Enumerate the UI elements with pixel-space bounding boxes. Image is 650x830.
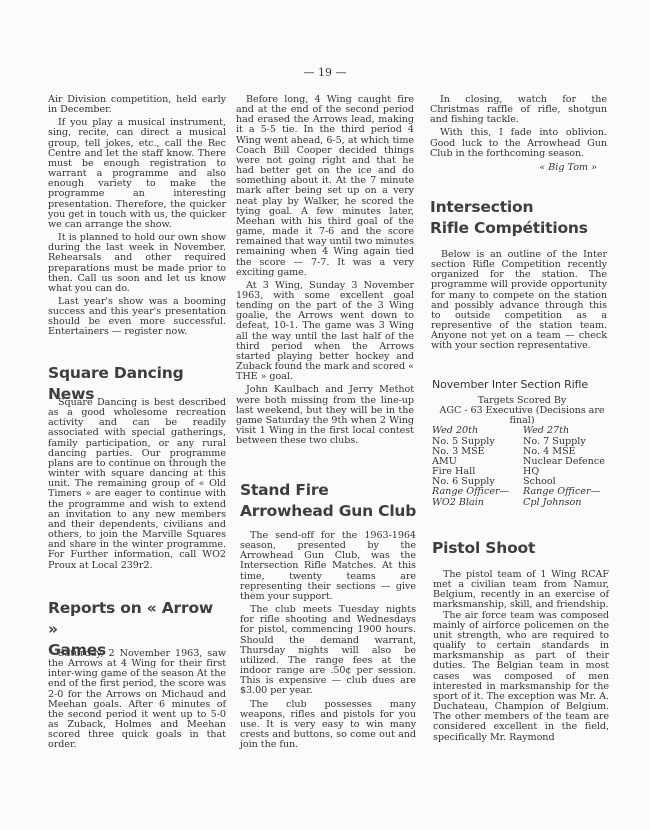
headline-gun-club-line2: Arrowhead Gun Club (240, 501, 420, 522)
headline-gun-club-line1: Stand Fire (240, 480, 420, 501)
paragraph: Below is an outline of the Inter section… (431, 250, 607, 352)
paragraph: Air Division competition, held early in … (48, 95, 226, 115)
paragraph: If you play a musical instrument, sing, … (48, 118, 226, 230)
headline-rifle-line2: Rifle Compétitions (430, 218, 610, 239)
schedule-column: Wed 20th No. 5 Supply No. 3 MSE AMU Fire… (432, 426, 521, 507)
scored-by-line2: AGC - 63 Executive (Decisions are final) (432, 406, 612, 426)
schedule-column: Wed 27th No. 7 Supply No. 4 MSE Nuclear … (521, 426, 612, 507)
range-officer: Cpl Johnson (523, 498, 612, 508)
arrow-games-body: Saturday, 2 November 1963, saw the Arrow… (48, 649, 226, 754)
paragraph: It is planned to hold our own show durin… (48, 233, 226, 294)
headline-pistol-shoot: Pistol Shoot (432, 538, 612, 559)
paragraph: In closing, watch for the Christmas raff… (430, 95, 607, 125)
page-number: — 19 — (0, 66, 650, 79)
headline-arrow-games-line1: Reports on « Arrow » (48, 598, 228, 640)
column-2-arrow-games-cont: Before long, 4 Wing caught fire and at t… (236, 95, 414, 449)
schedule-table: Wed 20th No. 5 Supply No. 3 MSE AMU Fire… (432, 426, 612, 507)
paragraph: The send-off for the 1963-1964 season, p… (240, 531, 416, 602)
paragraph: The club meets Tuesday nights for rifle … (240, 605, 416, 696)
paragraph: Square Dancing is best described as a go… (48, 398, 226, 571)
paragraph: The air force team was composed mainly o… (433, 611, 609, 743)
paragraph: At 3 Wing, Sunday 3 November 1963, with … (236, 281, 414, 383)
range-officer: WO2 Blain (432, 498, 521, 508)
rifle-schedule: November Inter Section Rifle Targets Sco… (432, 378, 612, 508)
article-pistol-shoot: Pistol Shoot (432, 538, 612, 559)
gun-club-body: The send-off for the 1963-1964 season, p… (240, 531, 416, 753)
column-3-gun-club-cont: In closing, watch for the Christmas raff… (430, 95, 607, 173)
paragraph: With this, I fade into oblivion. Good lu… (430, 128, 607, 158)
article-gun-club: Stand Fire Arrowhead Gun Club (240, 480, 420, 522)
rifle-competitions-body: Below is an outline of the Inter section… (431, 250, 607, 355)
paragraph: The club possesses many weapons, rifles … (240, 700, 416, 751)
column-1-intro: Air Division competition, held early in … (48, 95, 226, 341)
pistol-shoot-body: The pistol team of 1 Wing RCAF met a civ… (433, 570, 609, 746)
article-rifle-competitions: Intersection Rifle Compétitions (430, 197, 610, 239)
paragraph: John Kaulbach and Jerry Methot were both… (236, 385, 414, 446)
paragraph: Before long, 4 Wing caught fire and at t… (236, 95, 414, 278)
paragraph: Saturday, 2 November 1963, saw the Arrow… (48, 649, 226, 751)
square-dancing-body: Square Dancing is best described as a go… (48, 398, 226, 574)
headline-rifle-line1: Intersection (430, 197, 610, 218)
schedule-title: November Inter Section Rifle (432, 378, 612, 392)
signature: « Big Tom » (430, 162, 597, 173)
paragraph: The pistol team of 1 Wing RCAF met a civ… (433, 570, 609, 611)
paragraph: Last year's show was a booming success a… (48, 297, 226, 338)
